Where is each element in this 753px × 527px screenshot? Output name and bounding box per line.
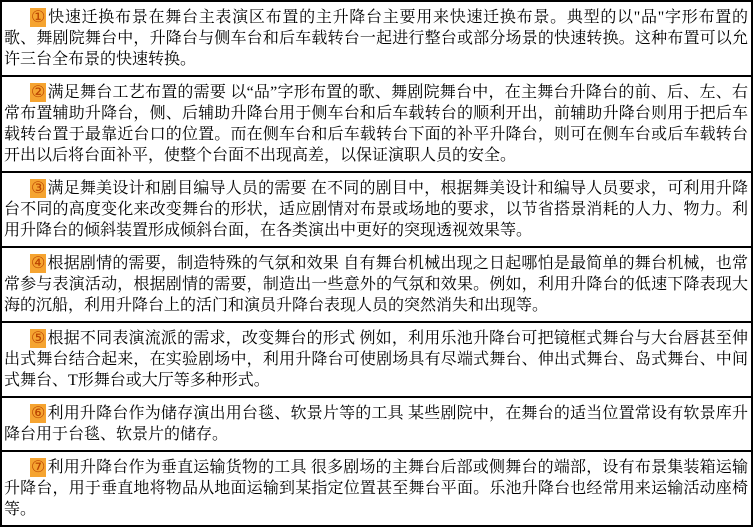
section-paragraph: ④根据剧情的需要，制造特殊的气氛和效果 自有舞台机械出现之日起哪怕是最简单的舞台…	[4, 253, 748, 316]
section-number-badge: ③	[30, 179, 46, 198]
section-text: 根据剧情的需要，制造特殊的气氛和效果 自有舞台机械出现之日起哪怕是最简单的舞台机…	[4, 255, 748, 314]
section-row-1: ①快速迁换布景在舞台主表演区布置的主升降台主要用来快速迁换布景。典型的以"品"字…	[2, 2, 751, 77]
section-row-4: ④根据剧情的需要，制造特殊的气氛和效果 自有舞台机械出现之日起哪怕是最简单的舞台…	[2, 248, 751, 323]
section-text: 满足舞美设计和剧目编导人员的需要 在不同的剧目中，根据舞美设计和编导人员要求，可…	[4, 180, 748, 239]
section-paragraph: ③满足舞美设计和剧目编导人员的需要 在不同的剧目中，根据舞美设计和编导人员要求，…	[4, 178, 748, 241]
section-number-badge: ④	[30, 254, 46, 273]
section-number-badge: ①	[30, 8, 46, 27]
section-number-badge: ⑤	[30, 329, 46, 348]
section-paragraph: ①快速迁换布景在舞台主表演区布置的主升降台主要用来快速迁换布景。典型的以"品"字…	[4, 7, 748, 70]
section-row-6: ⑥利用升降台作为储存演出用台毯、软景片等的工具 某些剧院中，在舞台的适当位置常设…	[2, 398, 751, 452]
section-paragraph: ⑥利用升降台作为储存演出用台毯、软景片等的工具 某些剧院中，在舞台的适当位置常设…	[4, 403, 748, 445]
section-row-3: ③满足舞美设计和剧目编导人员的需要 在不同的剧目中，根据舞美设计和编导人员要求，…	[2, 173, 751, 248]
document-table: ①快速迁换布景在舞台主表演区布置的主升降台主要用来快速迁换布景。典型的以"品"字…	[0, 0, 753, 527]
section-text: 根据不同表演流派的需求，改变舞台的形式 例如，利用乐池升降台可把镜框式舞台与大台…	[4, 330, 748, 389]
section-text: 利用升降台作为垂直运输货物的工具 很多剧场的主舞台后部或侧舞台的端部，设有布景集…	[4, 459, 748, 518]
section-row-7: ⑦利用升降台作为垂直运输货物的工具 很多剧场的主舞台后部或侧舞台的端部，设有布景…	[2, 452, 751, 525]
section-text: 利用升降台作为储存演出用台毯、软景片等的工具 某些剧院中，在舞台的适当位置常设有…	[4, 405, 748, 443]
section-text: 满足舞台工艺布置的需要 以“品”字形布置的歌、舞剧院舞台中，在主舞台升降台的前、…	[4, 84, 748, 164]
section-number-badge: ②	[30, 83, 46, 102]
section-row-2: ②满足舞台工艺布置的需要 以“品”字形布置的歌、舞剧院舞台中，在主舞台升降台的前…	[2, 77, 751, 173]
section-text: 快速迁换布景在舞台主表演区布置的主升降台主要用来快速迁换布景。典型的以"品"字形…	[4, 9, 748, 68]
section-number-badge: ⑥	[30, 404, 46, 423]
section-paragraph: ②满足舞台工艺布置的需要 以“品”字形布置的歌、舞剧院舞台中，在主舞台升降台的前…	[4, 82, 748, 166]
section-row-5: ⑤根据不同表演流派的需求，改变舞台的形式 例如，利用乐池升降台可把镜框式舞台与大…	[2, 323, 751, 398]
section-paragraph: ⑤根据不同表演流派的需求，改变舞台的形式 例如，利用乐池升降台可把镜框式舞台与大…	[4, 328, 748, 391]
section-paragraph: ⑦利用升降台作为垂直运输货物的工具 很多剧场的主舞台后部或侧舞台的端部，设有布景…	[4, 457, 748, 520]
section-number-badge: ⑦	[30, 458, 46, 477]
